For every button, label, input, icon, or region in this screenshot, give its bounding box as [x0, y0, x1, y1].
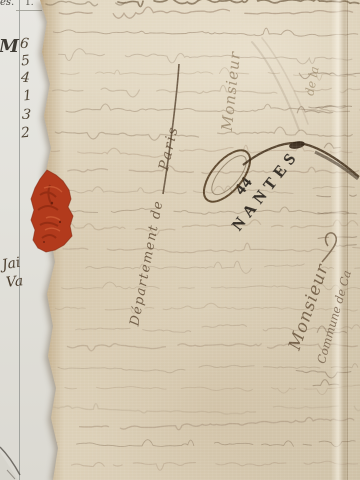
- paper-fold-line: [347, 0, 348, 480]
- bleedthrough-script: [0, 0, 360, 480]
- letter-sheet: Monsieur de la Paris Département de Mons…: [0, 0, 360, 480]
- ink-flourishes: [0, 0, 360, 480]
- paper-fold-highlight: [331, 0, 349, 480]
- letter-sheet-wrap: Monsieur de la Paris Département de Mons…: [0, 0, 360, 480]
- address-de-la: de la: [302, 65, 321, 97]
- letter-photograph: és. 1. M 6 5 4 1 3 2 Jai Va Monsieur de …: [0, 0, 360, 480]
- address-commune: Commune de Ca: [314, 269, 354, 365]
- nantes-postmark: 44 NANTES: [195, 118, 313, 253]
- address-paris: Paris: [156, 124, 182, 172]
- address-departement: Département de: [127, 199, 166, 328]
- address-monsieur-main: Monsieur: [285, 261, 333, 353]
- postmark-city: NANTES: [219, 134, 313, 248]
- postmark-department-number: 44: [195, 129, 293, 244]
- address-monsieur-top: Monsieur: [218, 50, 244, 132]
